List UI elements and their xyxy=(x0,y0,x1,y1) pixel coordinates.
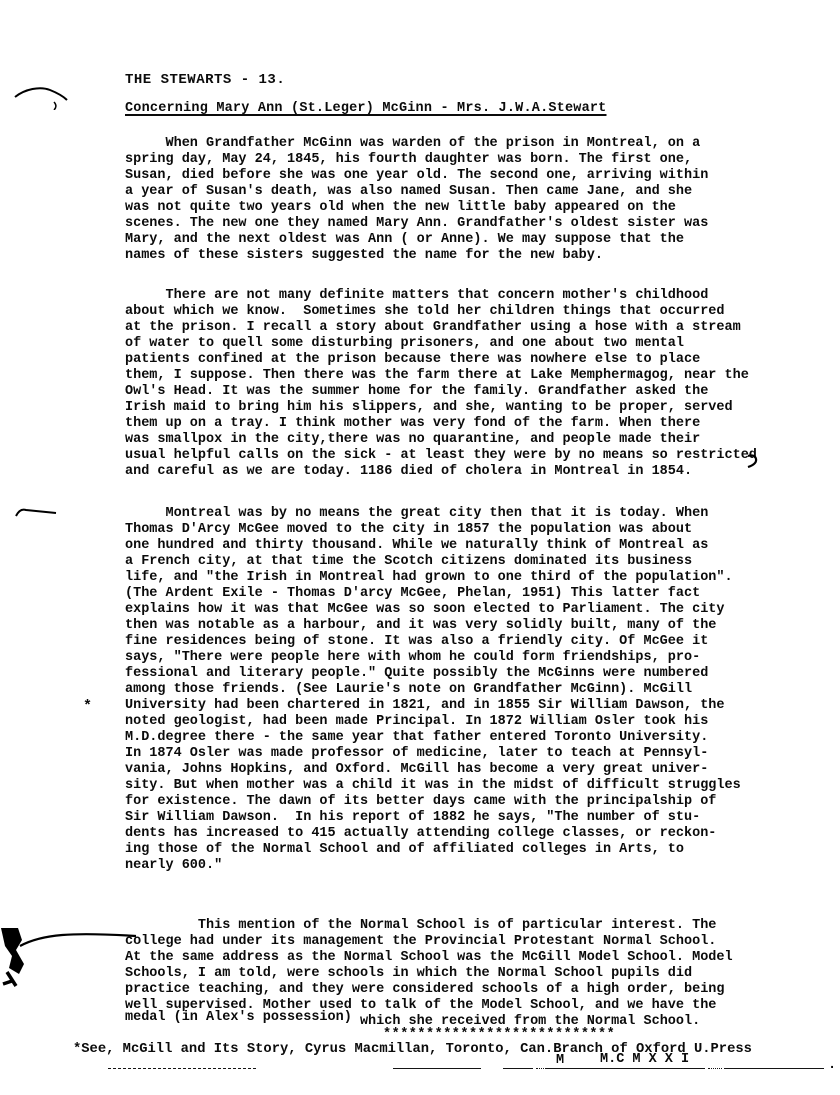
asterisk-divider: *************************** xyxy=(383,1027,615,1043)
paragraph-text: This mention of the Normal School is of … xyxy=(125,918,733,1013)
underline-segment xyxy=(393,1068,481,1069)
underline-segment xyxy=(545,1068,705,1069)
pen-mark-top-left xyxy=(10,80,72,110)
pen-mark-comma xyxy=(744,450,760,468)
paragraph: When Grandfather McGinn was warden of th… xyxy=(125,136,708,264)
underline-segment xyxy=(724,1068,824,1069)
underline-segment xyxy=(503,1068,533,1069)
scanned-document-page: THE STEWARTS - 13. Concerning Mary Ann (… xyxy=(0,0,840,1095)
underline-segment xyxy=(708,1068,722,1069)
margin-asterisk: * xyxy=(83,698,92,715)
interlinear-insertion: medal (in Alex's possession) xyxy=(125,1010,352,1025)
underline-segment xyxy=(108,1068,256,1069)
paragraph: This mention of the Normal School is of … xyxy=(125,902,733,1046)
section-title: Concerning Mary Ann (St.Leger) McGinn - … xyxy=(125,101,606,116)
footer-rule-row: M M.C M X X I . xyxy=(0,1052,840,1082)
page-header: THE STEWARTS - 13. xyxy=(125,72,285,88)
roman-numeral-date: M.C M X X I xyxy=(600,1052,689,1067)
handwritten-initial: M xyxy=(556,1053,564,1068)
paragraph: There are not many definite matters that… xyxy=(125,288,757,480)
paragraph: Montreal was by no means the great city … xyxy=(125,506,741,874)
stray-period: . xyxy=(828,1058,836,1073)
pen-mark-left-dash xyxy=(12,502,60,524)
